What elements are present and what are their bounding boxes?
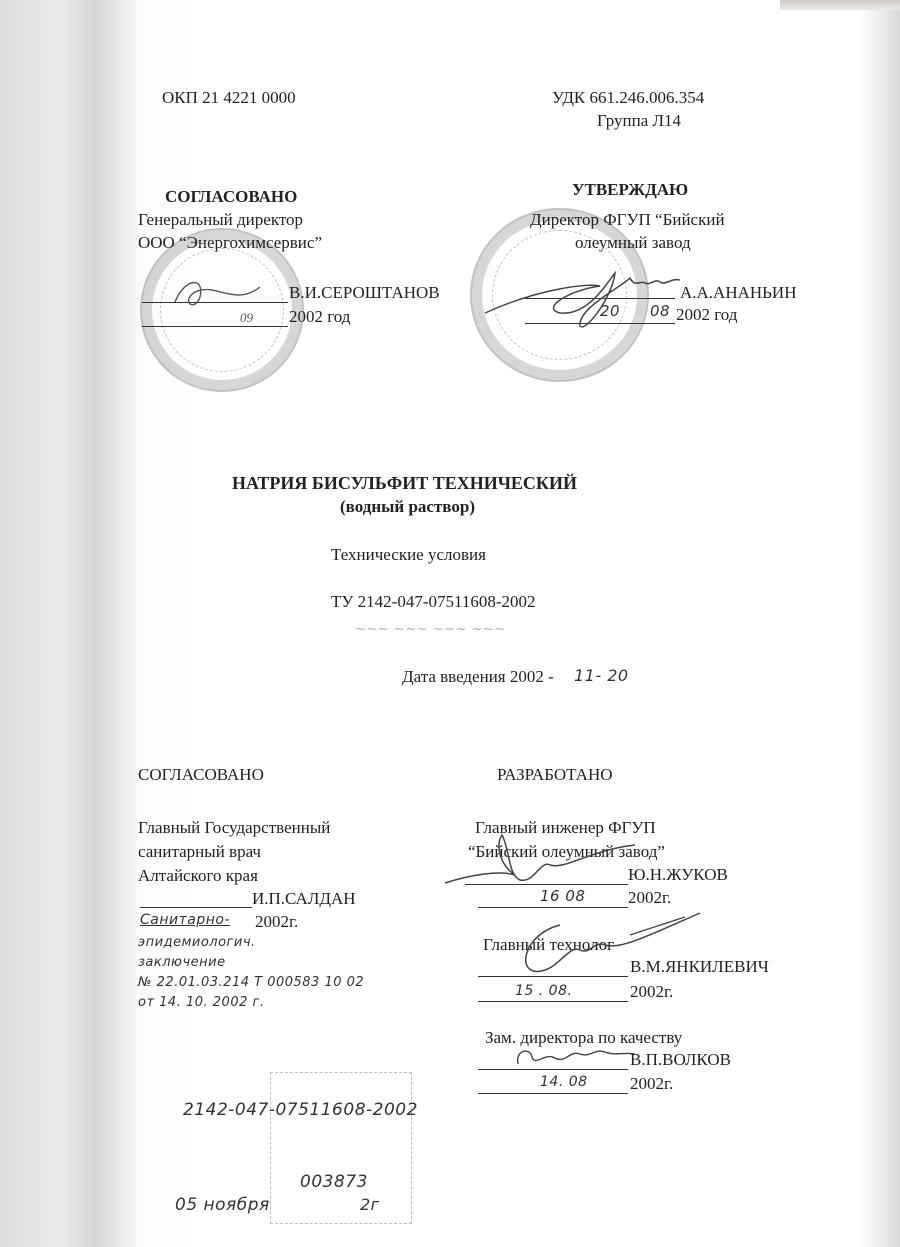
svg-text:09: 09 — [240, 310, 254, 325]
sanitary-note-line-1: эпидемиологич. — [138, 935, 256, 950]
approval-right-year: 2002 год — [676, 305, 737, 325]
registration-year-suffix: 2г — [360, 1195, 380, 1214]
developer-3-date: 14. 08 — [540, 1074, 588, 1090]
document-type: Технические условия — [331, 545, 486, 565]
developer-1-date: 16 08 — [540, 887, 585, 905]
document-title: НАТРИЯ БИСУЛЬФИТ ТЕХНИЧЕСКИЙ — [232, 473, 577, 494]
registration-date: 05 ноября — [175, 1195, 270, 1215]
signature-zhukov — [440, 825, 640, 895]
developer-2-date: 15 . 08. — [515, 983, 572, 999]
signature-seroshtanov: 09 — [165, 272, 275, 327]
approval-left-name: В.И.СЕРОШТАНОВ — [289, 283, 440, 303]
agreed-bottom-heading: СОГЛАСОВАНО — [138, 765, 264, 785]
agreed-bottom-handwritten-prefix: Санитарно- — [140, 912, 230, 928]
udk-code: УДК 661.246.006.354 — [552, 88, 704, 108]
page-edge-shadow — [780, 0, 900, 10]
developed-heading: РАЗРАБОТАНО — [497, 765, 613, 785]
sanitary-note-line-2: заключение — [138, 955, 226, 970]
developer-1-name: Ю.Н.ЖУКОВ — [628, 865, 728, 885]
developer-3-name: В.П.ВОЛКОВ — [630, 1050, 731, 1070]
sanitary-note-line-3: № 22.01.03.214 Т 000583 10 02 — [138, 975, 364, 990]
date-line — [478, 1001, 628, 1002]
sanitary-note-line-4: от 14. 10. 2002 г. — [138, 995, 264, 1010]
document-subtitle: (водный раствор) — [340, 497, 475, 517]
group-code: Группа Л14 — [597, 111, 681, 131]
approval-left-heading: СОГЛАСОВАНО — [165, 187, 297, 207]
agreed-bottom-position-2: санитарный врач — [138, 842, 261, 862]
developer-2-name: В.М.ЯНКИЛЕВИЧ — [630, 957, 769, 977]
approval-left-position: Генеральный директор — [138, 210, 303, 230]
intro-date-handwritten: 11- 20 — [574, 666, 629, 685]
registration-code: 2142-047-07511608-2002 — [183, 1100, 418, 1120]
agreed-bottom-name: И.П.САЛДАН — [252, 889, 356, 909]
agreed-bottom-position-1: Главный Государственный — [138, 818, 330, 838]
intro-date-label: Дата введения 2002 - — [402, 667, 554, 687]
agreed-bottom-year: 2002г. — [255, 912, 298, 932]
registration-stamp-box — [270, 1072, 412, 1224]
agreed-bottom-position-3: Алтайского края — [138, 866, 258, 886]
approval-right-month: 08 — [650, 302, 670, 320]
approval-left-company: ООО “Энергохимсервис” — [138, 233, 322, 253]
approval-right-day: 20 — [600, 302, 620, 320]
signature-line — [140, 907, 252, 908]
approval-right-company: олеумный завод — [575, 233, 691, 253]
date-line — [478, 1093, 628, 1094]
approval-right-heading: УТВЕРЖДАЮ — [572, 180, 688, 200]
developer-3-year: 2002г. — [630, 1074, 673, 1094]
document-code: ТУ 2142-047-07511608-2002 — [331, 592, 536, 612]
approval-right-position: Директор ФГУП “Бийский — [530, 210, 725, 230]
registration-number: 003873 — [300, 1172, 368, 1192]
approval-left-year: 2002 год — [289, 307, 350, 327]
signature-volkov — [510, 1042, 640, 1074]
faint-handwritten-note: ~~~ ~~~ ~~~ ~~~ — [355, 622, 506, 637]
developer-2-year: 2002г. — [630, 982, 673, 1002]
approval-right-name: А.А.АНАНЬИН — [680, 283, 796, 303]
okp-code: ОКП 21 4221 0000 — [162, 88, 296, 108]
